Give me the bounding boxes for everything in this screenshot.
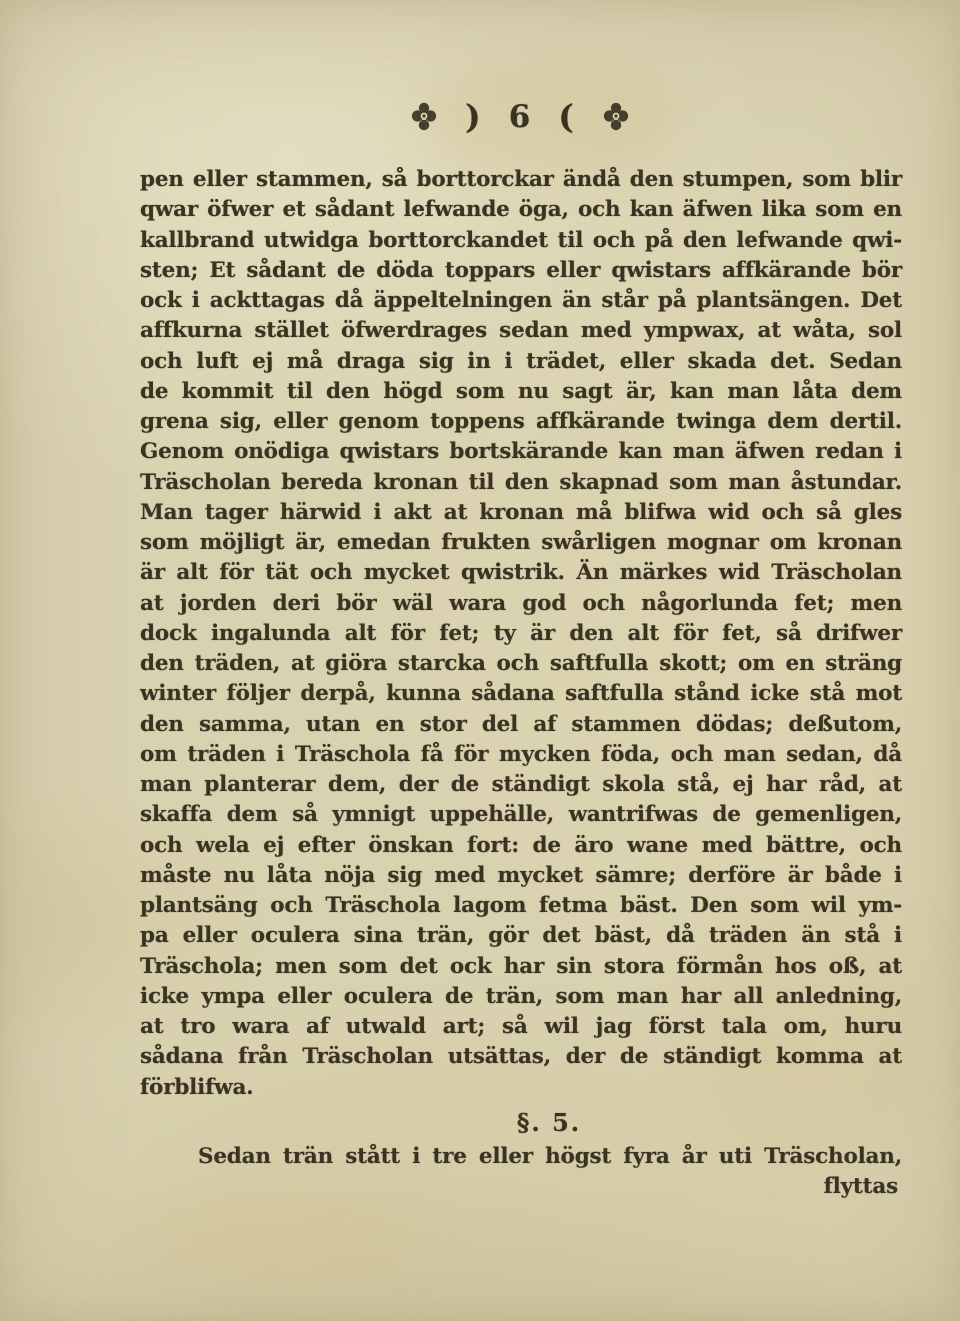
- text-line: winter följer derpå, kunna sådana saftfu…: [140, 679, 902, 709]
- catchword: flyttas: [140, 1172, 902, 1202]
- text-line: måste nu låta nöja sig med mycket sämre;…: [140, 861, 902, 891]
- text-line: sten; Et sådant de döda toppars eller qw…: [140, 256, 902, 286]
- page-number-close-bracket: (: [558, 97, 575, 136]
- fleuron-ornament-icon: [410, 101, 438, 133]
- text-line: ock i ackttagas då äppeltelningen än stå…: [140, 286, 902, 316]
- scanned-book-page: ) 6 ( pen eller stammen, så borttorckar …: [0, 0, 960, 1321]
- page-number-open-bracket: ): [465, 97, 482, 136]
- text-line: affkurna stället öfwerdrages sedan med y…: [140, 316, 902, 346]
- text-line: som möjligt är, emedan frukten swårligen…: [140, 528, 902, 558]
- text-line: sådana från Träscholan utsättas, der de …: [140, 1042, 902, 1072]
- text-line: plantsäng och Träschola lagom fetma bäst…: [140, 891, 902, 921]
- section-heading: §. 5.: [168, 1108, 930, 1138]
- text-line: den samma, utan en stor del af stammen d…: [140, 710, 902, 740]
- text-line: Träschola; men som det ock har sin stora…: [140, 952, 902, 982]
- text-line: Träscholan bereda kronan til den skapnad…: [140, 468, 902, 498]
- text-line: pa eller oculera sina trän, gör det bäst…: [140, 921, 902, 951]
- text-line: dock ingalunda alt för fet; ty är den al…: [140, 619, 902, 649]
- text-line: och luft ej må draga sig in i trädet, el…: [140, 347, 902, 377]
- text-line: Man tager härwid i akt at kronan må blif…: [140, 498, 902, 528]
- text-line: at tro wara af utwald art; så wil jag fö…: [140, 1012, 902, 1042]
- text-line: och wela ej efter önskan fort: de äro wa…: [140, 831, 902, 861]
- body-text: pen eller stammen, så borttorckar ändå d…: [140, 165, 902, 1203]
- text-line: den träden, at giöra starcka och saftful…: [140, 649, 902, 679]
- text-line: kallbrand utwidga borttorckandet til och…: [140, 226, 902, 256]
- text-line: qwar öfwer et sådant lefwande öga, och k…: [140, 195, 902, 225]
- fleuron-ornament-icon: [602, 101, 630, 133]
- text-line: grena sig, eller genom toppens affkärand…: [140, 407, 902, 437]
- text-line: de kommit til den högd som nu sagt är, k…: [140, 377, 902, 407]
- text-line: förblifwa.: [140, 1073, 902, 1103]
- text-line: skaffa dem så ymnigt uppehälle, wantrifw…: [140, 800, 902, 830]
- page-number: 6: [509, 99, 532, 135]
- text-line: at jorden deri bör wäl wara god och någo…: [140, 589, 902, 619]
- text-line: man planterar dem, der de ständigt skola…: [140, 770, 902, 800]
- text-line: om träden i Träschola få för mycken föda…: [140, 740, 902, 770]
- text-line: Sedan trän stått i tre eller högst fyra …: [140, 1142, 902, 1172]
- text-line: Genom onödiga qwistars bortskärande kan …: [140, 437, 902, 467]
- page-header: ) 6 (: [40, 97, 960, 136]
- text-line: icke ympa eller oculera de trän, som man…: [140, 982, 902, 1012]
- text-line: pen eller stammen, så borttorckar ändå d…: [140, 165, 902, 195]
- text-line: är alt för tät och mycket qwistrik. Än m…: [140, 558, 902, 588]
